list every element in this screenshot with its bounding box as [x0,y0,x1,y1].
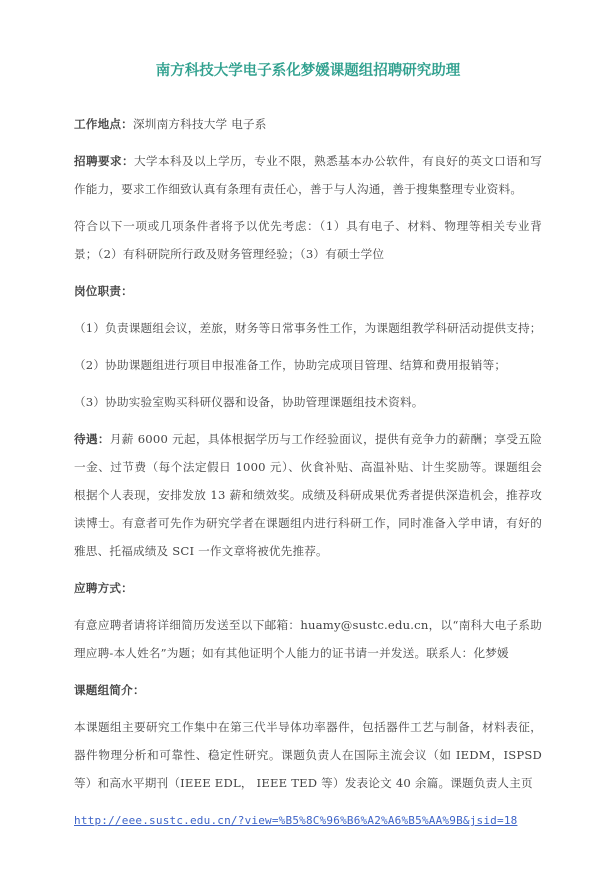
paragraph-apply-instructions: 有意应聘者请将详细简历发送至以下邮箱：huamy@sustc.edu.cn，以“… [74,611,542,667]
paragraph-duties-heading: 岗位职责： [74,277,542,305]
salary-label: 待遇： [74,432,110,446]
paragraph-group-intro-heading: 课题组简介： [74,676,542,704]
paragraph-group-intro: 本课题组主要研究工作集中在第三代半导体功率器件，包括器件工艺与制备，材料表征，器… [74,713,542,797]
paragraph-work-location: 工作地点：深圳南方科技大学 电子系 [74,110,542,138]
apply-label: 应聘方式： [74,581,133,595]
duty-3-text: （3）协助实验室购买科研仪器和设备，协助管理课题组技术资料。 [74,395,424,409]
paragraph-requirements: 招聘要求：大学本科及以上学历，专业不限，熟悉基本办公软件，有良好的英文口语和写作… [74,147,542,203]
paragraph-duty-2: （2）协助课题组进行项目申报准备工作，协助完成项目管理、结算和费用报销等； [74,351,542,379]
duties-label: 岗位职责： [74,284,133,298]
paragraph-apply-heading: 应聘方式： [74,574,542,602]
duty-1-text: （1）负责课题组会议，差旅，财务等日常事务性工作，为课题组教学科研活动提供支持； [74,321,542,335]
paragraph-preferred-conditions: 符合以下一项或几项条件者将予以优先考虑：（1）具有电子、材料、物理等相关专业背景… [74,212,542,268]
work-location-text: 深圳南方科技大学 电子系 [133,117,267,131]
paragraph-duty-1: （1）负责课题组会议，差旅，财务等日常事务性工作，为课题组教学科研活动提供支持； [74,314,542,342]
requirements-label: 招聘要求： [74,154,134,168]
work-location-label: 工作地点： [74,117,133,131]
apply-instructions-text: 有意应聘者请将详细简历发送至以下邮箱：huamy@sustc.edu.cn，以“… [74,618,542,660]
preferred-conditions-text: 符合以下一项或几项条件者将予以优先考虑：（1）具有电子、材料、物理等相关专业背景… [74,219,542,261]
group-intro-label: 课题组简介： [74,683,145,697]
paragraph-salary: 待遇：月薪 6000 元起，具体根据学历与工作经验面议，提供有竞争力的薪酬；享受… [74,425,542,565]
requirements-text: 大学本科及以上学历，专业不限，熟悉基本办公软件，有良好的英文口语和写作能力，要求… [74,154,542,196]
document-page: 南方科技大学电子系化梦媛课题组招聘研究助理 工作地点：深圳南方科技大学 电子系 … [0,0,614,891]
paragraph-duty-3: （3）协助实验室购买科研仪器和设备，协助管理课题组技术资料。 [74,388,542,416]
group-intro-text: 本课题组主要研究工作集中在第三代半导体功率器件，包括器件工艺与制备，材料表征，器… [74,720,542,790]
duty-2-text: （2）协助课题组进行项目申报准备工作，协助完成项目管理、结算和费用报销等； [74,358,506,372]
homepage-link[interactable]: http://eee.sustc.edu.cn/?view=%B5%8C%96%… [74,807,517,835]
salary-text: 月薪 6000 元起，具体根据学历与工作经验面议，提供有竞争力的薪酬；享受五险一… [74,432,542,558]
page-title: 南方科技大学电子系化梦媛课题组招聘研究助理 [74,60,542,82]
